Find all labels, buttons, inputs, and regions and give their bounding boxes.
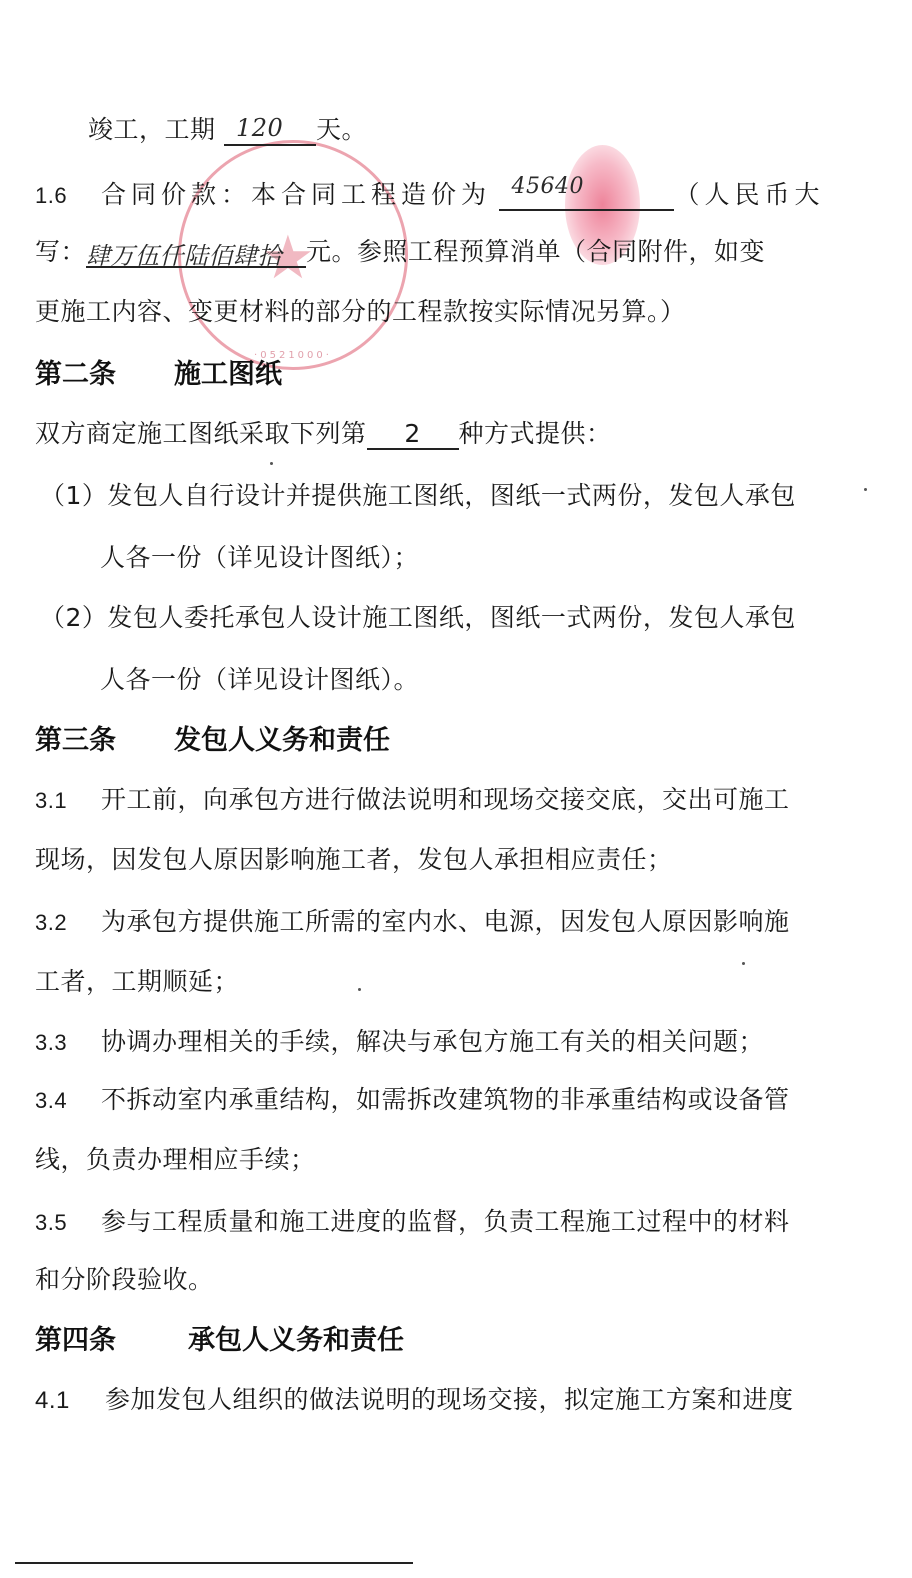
drawing-option-field[interactable]: 2 <box>367 418 459 450</box>
duration-field[interactable]: 120 <box>224 114 316 146</box>
clause-3-3-line-1: 3.3协调办理相关的手续，解决与承包方施工有关的相关问题； <box>35 1022 764 1058</box>
clause-3-4-line-1: 3.4不拆动室内承重结构，如需拆改建筑物的非承重结构或设备管 <box>35 1080 790 1116</box>
clause-3-1-line-2: 现场，因发包人原因影响施工者，发包人承担相应责任； <box>35 840 673 876</box>
clause-1-6-line-3: 更施工内容、变更材料的部分的工程款按实际情况另算。） <box>35 292 686 328</box>
article-4-heading: 第四条承包人义务和责任 <box>35 1318 404 1357</box>
article-2-option-2-line-1: （2）发包人委托承包人设计施工图纸，图纸一式两份，发包人承包 <box>40 598 796 634</box>
clause-4-1-line-1: 4.1参加发包人组织的做法说明的现场交接，拟定施工方案和进度 <box>35 1380 794 1416</box>
scan-speck <box>358 988 361 991</box>
clause-3-2-line-2: 工者，工期顺延； <box>35 962 239 998</box>
article-2-option-1-line-2: 人各一份（详见设计图纸）； <box>100 538 419 574</box>
clause-3-5-line-2: 和分阶段验收。 <box>35 1260 214 1296</box>
scan-speck <box>270 462 273 465</box>
price-in-words-field[interactable]: 肆万伍仟陆佰肆拾 <box>86 236 306 268</box>
contract-price-field[interactable]: 45640 <box>499 179 674 211</box>
scan-speck <box>742 962 745 965</box>
scan-speck <box>864 488 867 491</box>
clause-3-5-line-1: 3.5参与工程质量和施工进度的监督，负责工程施工过程中的材料 <box>35 1202 790 1238</box>
article-3-heading: 第三条发包人义务和责任 <box>35 718 390 757</box>
article-2-intro: 双方商定施工图纸采取下列第2种方式提供： <box>35 414 612 450</box>
clause-1-6-line-1: 1.6合同价款：本合同工程造价为 45640 （人民币大 <box>35 175 824 211</box>
clause-1-6-line-2: 写：肆万伍仟陆佰肆拾元。参照工程预算消单（合同附件，如变 <box>35 232 765 268</box>
clause-3-2-line-1: 3.2为承包方提供施工所需的室内水、电源，因发包人原因影响施 <box>35 902 790 938</box>
article-2-heading: 第二条施工图纸 <box>35 352 282 391</box>
clause-3-1-line-1: 3.1开工前，向承包方进行做法说明和现场交接交底，交出可施工 <box>35 780 790 816</box>
footer-rule <box>15 1562 413 1564</box>
clause-3-4-line-2: 线，负责办理相应手续； <box>35 1140 316 1176</box>
article-2-option-2-line-2: 人各一份（详见设计图纸）。 <box>100 660 419 696</box>
article-2-option-1-line-1: （1）发包人自行设计并提供施工图纸，图纸一式两份，发包人承包 <box>40 476 796 512</box>
completion-duration-line: 竣工，工期 120 天。 <box>88 110 367 146</box>
